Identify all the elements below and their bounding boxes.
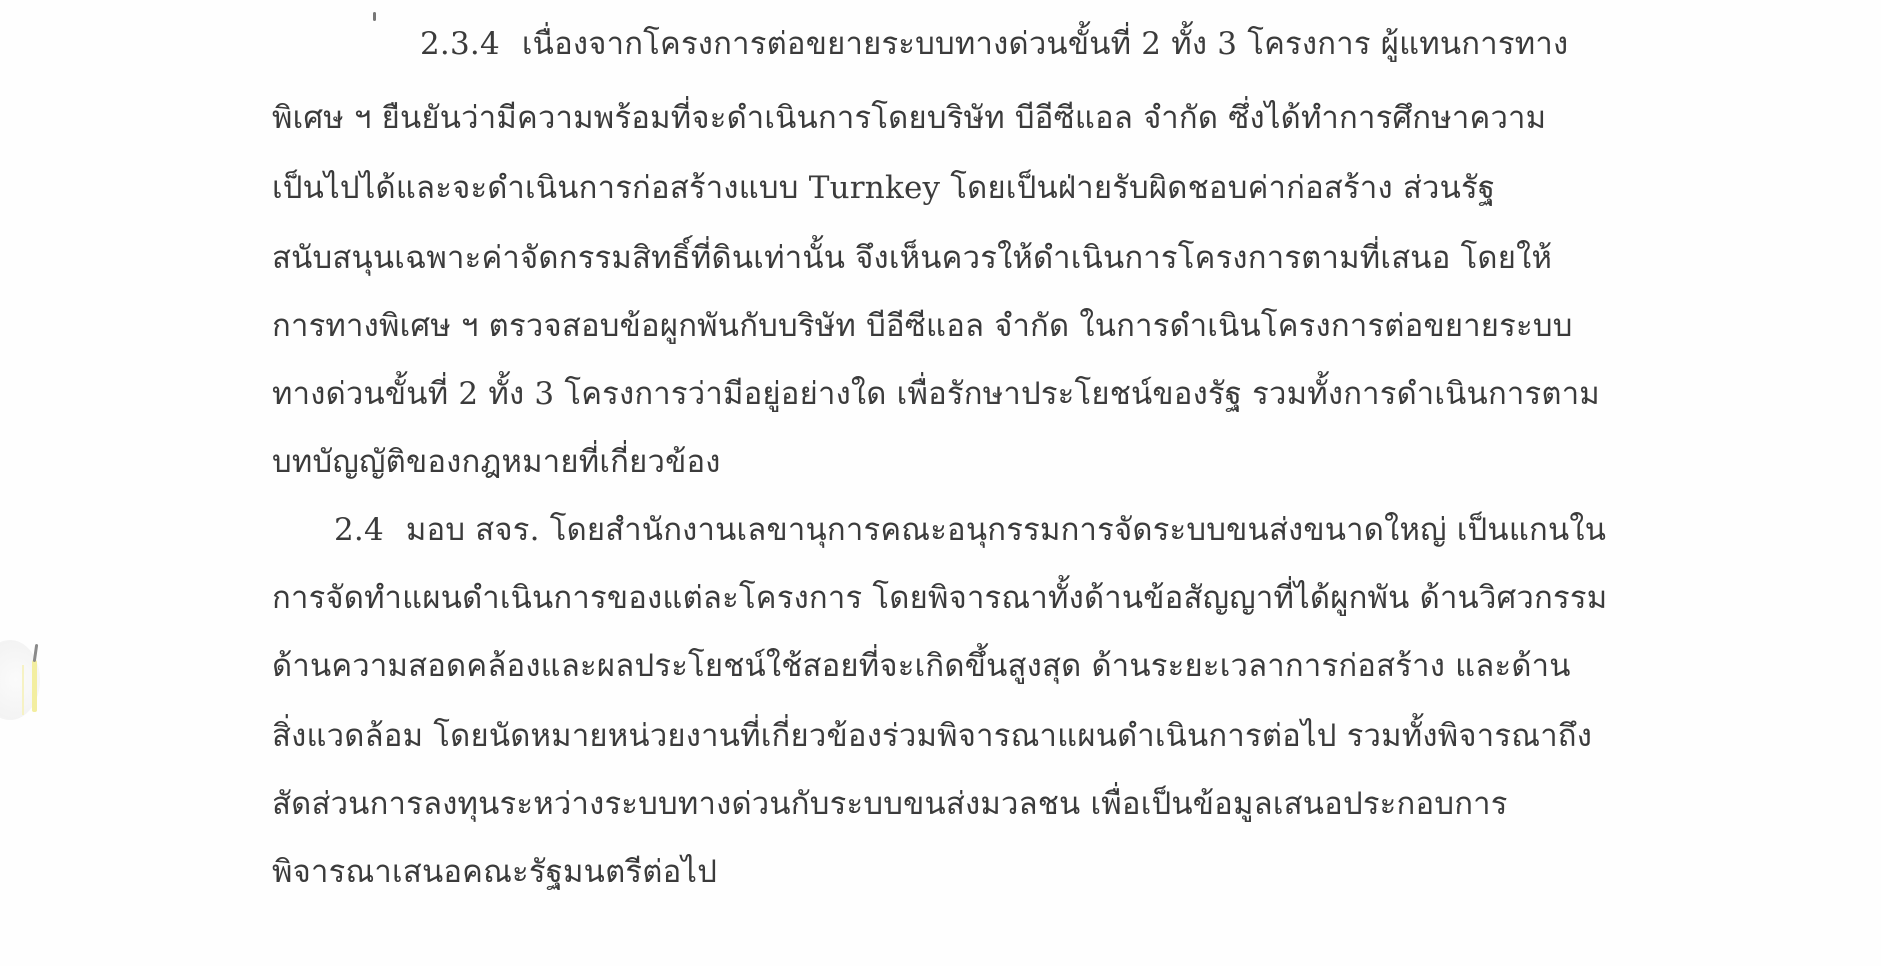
paragraph-2-4-line-6: พิจารณาเสนอคณะรัฐมนตรีต่อไป — [272, 850, 717, 894]
paragraph-2-3-4-line-2: พิเศษ ฯ ยืนยันว่ามีความพร้อมที่จะดำเนินก… — [272, 96, 1546, 140]
section-number: 2.3.4 — [420, 22, 500, 66]
section-number: 2.4 — [334, 508, 384, 552]
paragraph-2-4-line-5: สัดส่วนการลงทุนระหว่างระบบทางด่วนกับระบบ… — [272, 782, 1508, 826]
paragraph-2-3-4-line-5: การทางพิเศษ ฯ ตรวจสอบข้อผูกพันกับบริษัท … — [272, 304, 1573, 348]
highlighter-mark-tip — [33, 644, 38, 662]
highlighter-mark — [32, 660, 37, 712]
paragraph-2-3-4-line-7: บทบัญญัติของกฎหมายที่เกี่ยวข้อง — [272, 440, 721, 484]
line-text: เนื่องจากโครงการต่อขยายระบบทางด่วนขั้นที… — [522, 26, 1568, 62]
paragraph-2-3-4-line-4: สนับสนุนเฉพาะค่าจัดกรรมสิทธิ์ที่ดินเท่าน… — [272, 236, 1552, 280]
highlighter-mark-faint — [22, 665, 24, 715]
paragraph-2-4-line-3: ด้านความสอดคล้องและผลประโยชน์ใช้สอยที่จะ… — [272, 644, 1571, 688]
paragraph-2-3-4-line-6: ทางด่วนขั้นที่ 2 ทั้ง 3 โครงการว่ามีอยู่… — [272, 372, 1600, 416]
paragraph-2-4-line-1: 2.4มอบ สจร. โดยสำนักงานเลขานุการคณะอนุกร… — [334, 508, 1606, 552]
paragraph-2-4-line-4: สิ่งแวดล้อม โดยนัดหมายหน่วยงานที่เกี่ยวข… — [272, 714, 1592, 758]
paragraph-2-4-line-2: การจัดทำแผนดำเนินการของแต่ละโครงการ โดยพ… — [272, 576, 1607, 620]
scanned-document-page: 2.3.4เนื่องจากโครงการต่อขยายระบบทางด่วนข… — [0, 0, 1881, 966]
line-text: มอบ สจร. โดยสำนักงานเลขานุการคณะอนุกรรมก… — [406, 512, 1606, 548]
scan-speck — [373, 12, 376, 21]
paragraph-2-3-4-line-3: เป็นไปได้และจะดำเนินการก่อสร้างแบบ Turnk… — [272, 166, 1495, 210]
paragraph-2-3-4-line-1: 2.3.4เนื่องจากโครงการต่อขยายระบบทางด่วนข… — [420, 22, 1568, 66]
